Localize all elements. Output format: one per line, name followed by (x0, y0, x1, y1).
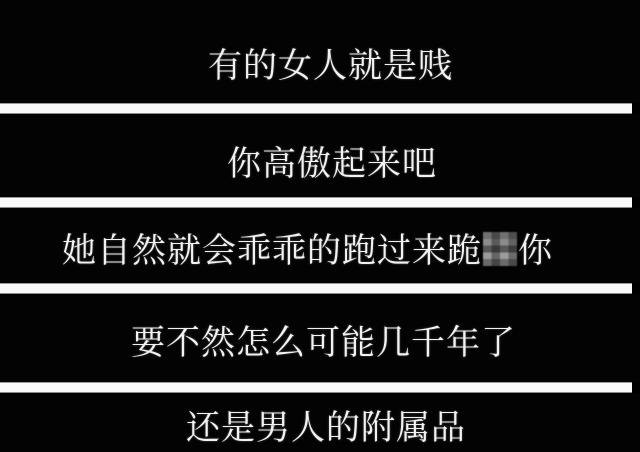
caption-3-text-after: 你 (518, 231, 553, 271)
divider-2 (0, 197, 632, 208)
caption-band-5: 还是男人的附属品 (0, 393, 640, 452)
caption-5: 还是男人的附属品 (186, 408, 466, 448)
caption-band-3: 她自然就会乖乖的跑过来跪你 (0, 208, 640, 283)
caption-band-1: 有的女人就是贱 (0, 0, 640, 103)
caption-band-2: 你高傲起来吧 (0, 114, 640, 197)
divider-1 (0, 103, 632, 114)
caption-2: 你高傲起来吧 (227, 144, 437, 184)
caption-1: 有的女人就是贱 (208, 46, 453, 86)
divider-3 (0, 283, 632, 294)
caption-4: 要不然怎么可能几千年了 (131, 323, 516, 363)
caption-3-text-before: 她自然就会乖乖的跑过来跪 (62, 231, 482, 271)
caption-3: 她自然就会乖乖的跑过来跪你 (62, 231, 553, 271)
divider-4 (0, 382, 632, 393)
censored-character-mosaic (483, 232, 517, 266)
caption-band-4: 要不然怎么可能几千年了 (0, 294, 640, 382)
